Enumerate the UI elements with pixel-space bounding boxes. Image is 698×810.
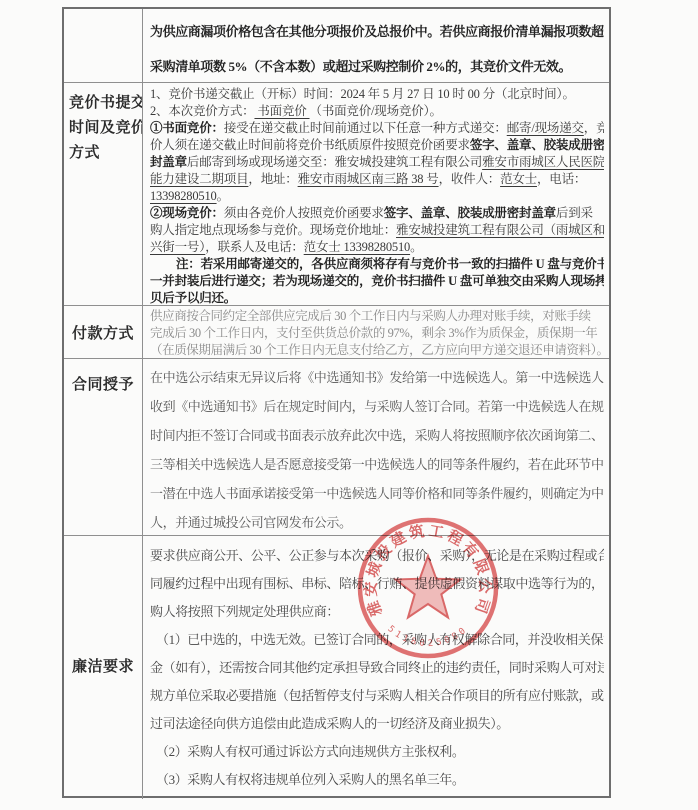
text-line: 注：若采用邮寄递交的，各供应商须将存有与竞价书一致的扫描件 U 盘与竞价书 <box>150 256 604 273</box>
text-segment: 三等相关中选候选人是否愿意接受第一中选候选人的同等条件履约，若在此环节中任 <box>150 457 604 472</box>
text-line: 13398280510。 <box>150 188 604 205</box>
text-segment-u: 13398280510 <box>150 189 217 203</box>
text-segment: 购人将按照下列规定处理供应商： <box>150 604 339 619</box>
row-content-omit: 为供应商漏项价格包含在其他分项报价及总报价中。若供应商报价清单漏报项数超过采购清… <box>143 9 609 82</box>
text-segment: 人，并通过城投公司官网发布公示。 <box>150 515 352 530</box>
text-segment-b: 封盖章 <box>150 155 187 169</box>
svg-text:5118025080: 5118025080 <box>385 624 470 649</box>
text-segment: 收到《中选通知书》后在规定时间内，与采购人签订合同。若第一中选候选人在规定 <box>150 399 604 414</box>
scanned-document-page: 为供应商漏项价格包含在其他分项报价及总报价中。若供应商报价清单漏报项数超过采购清… <box>0 0 698 810</box>
text-segment: 购人指定地点现场参与竞价。现场竞价地址： <box>150 223 396 237</box>
row-header-line: 方式 <box>69 141 142 166</box>
text-line: 时间内拒不签订合同或书面表示放弃此次中选，采购人将按照顺序依次函询第二、第 <box>150 421 604 450</box>
table-row-award: 合同授予在中选公示结束无异议后将《中选通知书》发给第一中选候选人。第一中选候选人… <box>64 359 609 536</box>
text-segment-b: 签字、盖章、胶装成册密 <box>470 138 604 152</box>
text-line: 三等相关中选候选人是否愿意接受第一中选候选人的同等条件履约，若在此环节中任 <box>150 450 604 479</box>
row-content-award: 在中选公示结束无异议后将《中选通知书》发给第一中选候选人。第一中选候选人在收到《… <box>143 359 609 535</box>
table-row-integrity: 廉洁要求要求供应商公开、公平、公正参与本次采购（报价、采购），无论是在采购过程或… <box>64 536 609 799</box>
text-segment: 2、本次竞价方式： <box>150 104 254 118</box>
text-line: 兴街一号），联系人及电话：范女士 13398280510。 <box>150 239 604 256</box>
row-content-pay: 供应商按合同约定全部供应完成后 30 个工作日内与采购人办理对账手续，对账手续完… <box>143 306 609 358</box>
row-header-line: 付款方式 <box>64 322 142 347</box>
text-segment: ，竞 <box>584 121 604 135</box>
text-line: 采购清单项数 5%（不含本数）或超过采购控制价 2%的，其竞价文件无效。 <box>150 49 604 82</box>
row-header-award: 合同授予 <box>64 359 143 535</box>
row-header-pay: 付款方式 <box>64 306 143 358</box>
text-segment: ，电话： <box>537 172 586 186</box>
row-content-bid: 1、竞价书递交截止（开标）时间：2024 年 5 月 27 日 10 时 00 … <box>143 83 609 305</box>
text-segment-b: 为供应商漏项价格包含在其他分项报价及总报价中。若供应商报价清单漏报项数超过 <box>150 24 604 39</box>
text-segment-u: 邮寄/现场递交 <box>507 121 584 135</box>
text-line: 价人须在递交截止时间前将竞价书纸质原件按照竞价函要求签字、盖章、胶装成册密 <box>150 137 604 154</box>
procurement-info-table: 为供应商漏项价格包含在其他分项报价及总报价中。若供应商报价清单漏报项数超过采购清… <box>62 7 611 798</box>
text-segment-b: ②现场竞价： <box>150 206 224 220</box>
text-segment-b: 采购清单项数 5%（不含本数）或超过采购控制价 2%的，其竞价文件无效。 <box>150 59 571 74</box>
text-segment: 时间内拒不签订合同或书面表示放弃此次中选，采购人将按照顺序依次函询第二、第 <box>150 428 604 443</box>
text-line: 封盖章后邮寄到场或现场递交至：雅安城投建筑工程有限公司雅安市雨城区人民医院 <box>150 154 604 171</box>
text-line: 在中选公示结束无异议后将《中选通知书》发给第一中选候选人。第一中选候选人在 <box>150 363 604 392</box>
text-line: 能力建设二期项目，地址：雅安市雨城区南三路 38 号，收件人：范女士，电话： <box>150 171 604 188</box>
text-line: 贝后予以归还。 <box>150 290 604 305</box>
text-line: 过司法途径向供方追偿由此造成采购人的一切经济及商业损失）。 <box>150 710 604 738</box>
text-segment: ，地址： <box>248 172 297 186</box>
table-row-omit: 为供应商漏项价格包含在其他分项报价及总报价中。若供应商报价清单漏报项数超过采购清… <box>64 9 609 83</box>
text-line: 购人指定地点现场参与竞价。现场竞价地址：雅安城投建筑工程有限公司（雨城区和 <box>150 222 604 239</box>
text-line: 为供应商漏项价格包含在其他分项报价及总报价中。若供应商报价清单漏报项数超过 <box>150 14 604 49</box>
text-line: 2、本次竞价方式： 书面竞价 （书面竞价/现场竞价）。 <box>150 103 604 120</box>
table-row-pay: 付款方式供应商按合同约定全部供应完成后 30 个工作日内与采购人办理对账手续，对… <box>64 306 609 359</box>
text-segment-u: 范女士 13398280510 <box>304 240 410 254</box>
text-segment-u: 兴街一号） <box>150 240 205 254</box>
text-segment: 在中选公示结束无异议后将《中选通知书》发给第一中选候选人。第一中选候选人在 <box>150 370 604 385</box>
row-header-line: 合同授予 <box>72 373 142 398</box>
text-segment-u: 书面竞价 <box>254 104 309 118</box>
text-segment: 。 <box>217 189 229 203</box>
text-segment: （3）采购人有权将违规单位列入采购人的黑名单三年。 <box>156 772 465 787</box>
text-segment: 一潜在中选人书面承诺接受第一中选候选人同等价格和同等条件履约，则确定为中选 <box>150 486 604 501</box>
text-segment: 价人须在递交截止时间前将竞价书纸质原件按照竞价函要求 <box>150 138 470 152</box>
text-line: （2）采购人有权可通过诉讼方式向违规供方主张权利。 <box>150 738 604 766</box>
text-segment-b: 注：若采用邮寄递交的，各供应商须将存有与竞价书一致的扫描件 U 盘与竞价书 <box>176 257 604 271</box>
text-segment: 规方单位采取必要措施（包括暂停支付与采购人相关合作项目的所有应付账款，或通 <box>150 688 604 703</box>
text-line: ①书面竞价：接受在递交截止时间前通过以下任意一种方式递交：邮寄/现场递交，竞 <box>150 120 604 137</box>
text-segment: 过司法途径向供方追偿由此造成采购人的一切经济及商业损失）。 <box>150 716 509 731</box>
text-line: （3）采购人有权将违规单位列入采购人的黑名单三年。 <box>150 766 604 794</box>
text-segment-b: 一并封装后进行递交；若为现场递交的，竞价书扫描件 U 盘可单独交由采购人现场拷 <box>150 274 604 288</box>
text-line: 一潜在中选人书面承诺接受第一中选候选人同等价格和同等条件履约，则确定为中选 <box>150 479 604 508</box>
text-segment: 1、竞价书递交截止（开标）时间：2024 年 5 月 27 日 10 时 00 … <box>150 87 575 101</box>
text-segment: （在质保期届满后 30 个工作日内无息支付给乙方，乙方应向甲方递交退还申请资料）… <box>150 343 604 357</box>
text-line: 规方单位采取必要措施（包括暂停支付与采购人相关合作项目的所有应付账款，或通 <box>150 682 604 710</box>
text-segment-u: 范女士 <box>500 172 537 186</box>
text-segment-b: 签字、盖章、胶装成册密封盖章 <box>384 206 556 220</box>
text-segment: 接受在递交截止时间前通过以下任意一种方式递交： <box>224 121 507 135</box>
seal-star-icon <box>396 556 461 618</box>
text-segment: 完成后 30 个工作日内，支付至供货总价款的 97%，剩余 3%作为质保金，质保… <box>150 326 597 340</box>
text-segment: （书面竞价/现场竞价）。 <box>310 104 442 118</box>
company-seal-stamp: 雅安城投建筑工程有限公司 5118025080 <box>352 512 504 664</box>
text-line: 完成后 30 个工作日内，支付至供货总价款的 97%，剩余 3%作为质保金，质保… <box>150 325 604 342</box>
text-segment: ，收件人： <box>439 172 501 186</box>
text-segment-b: ①书面竞价： <box>150 121 224 135</box>
text-segment: 供应商按合同约定全部供应完成后 30 个工作日内与采购人办理对账手续，对账手续 <box>150 309 591 323</box>
text-segment-u: 雅安市雨城区人民医院 <box>482 155 604 169</box>
text-line: 供应商按合同约定全部供应完成后 30 个工作日内与采购人办理对账手续，对账手续 <box>150 308 604 325</box>
text-segment: ，联系人及电话： <box>205 240 303 254</box>
row-header-omit <box>64 9 143 82</box>
text-segment-b: 贝后予以归还。 <box>150 291 236 305</box>
text-line: 一并封装后进行递交；若为现场递交的，竞价书扫描件 U 盘可单独交由采购人现场拷 <box>150 273 604 290</box>
text-segment: 须由各竞价人按照竞价函要求 <box>224 206 384 220</box>
row-header-line: 竞价书提交 <box>69 91 142 116</box>
row-header-line: 时间及竞价 <box>69 116 142 141</box>
table-row-bid: 竞价书提交时间及竞价方式1、竞价书递交截止（开标）时间：2024 年 5 月 2… <box>64 83 609 306</box>
text-segment-u: 雅安城投建筑工程有限公司（雨城区和 <box>396 223 604 237</box>
text-line: （在质保期届满后 30 个工作日内无息支付给乙方，乙方应向甲方递交退还申请资料）… <box>150 342 604 358</box>
seal-serial-text: 5118025080 <box>385 624 470 649</box>
row-header-line: 廉洁要求 <box>72 655 134 680</box>
text-segment: 后到采 <box>556 206 593 220</box>
row-header-bid: 竞价书提交时间及竞价方式 <box>64 83 143 305</box>
text-segment: 后邮寄到场或现场递交至：雅安城投建筑工程有限公司 <box>187 155 482 169</box>
text-segment-u: 雅安市雨城区南三路 38 号 <box>298 172 439 186</box>
text-segment-u: 能力建设二期项目 <box>150 172 248 186</box>
text-segment: （2）采购人有权可通过诉讼方式向违规供方主张权利。 <box>156 744 465 759</box>
text-line: 收到《中选通知书》后在规定时间内，与采购人签订合同。若第一中选候选人在规定 <box>150 392 604 421</box>
row-header-integrity: 廉洁要求 <box>64 536 143 799</box>
text-line: 1、竞价书递交截止（开标）时间：2024 年 5 月 27 日 10 时 00 … <box>150 86 604 103</box>
text-segment: 。 <box>410 240 422 254</box>
text-line: ②现场竞价：须由各竞价人按照竞价函要求签字、盖章、胶装成册密封盖章后到采 <box>150 205 604 222</box>
